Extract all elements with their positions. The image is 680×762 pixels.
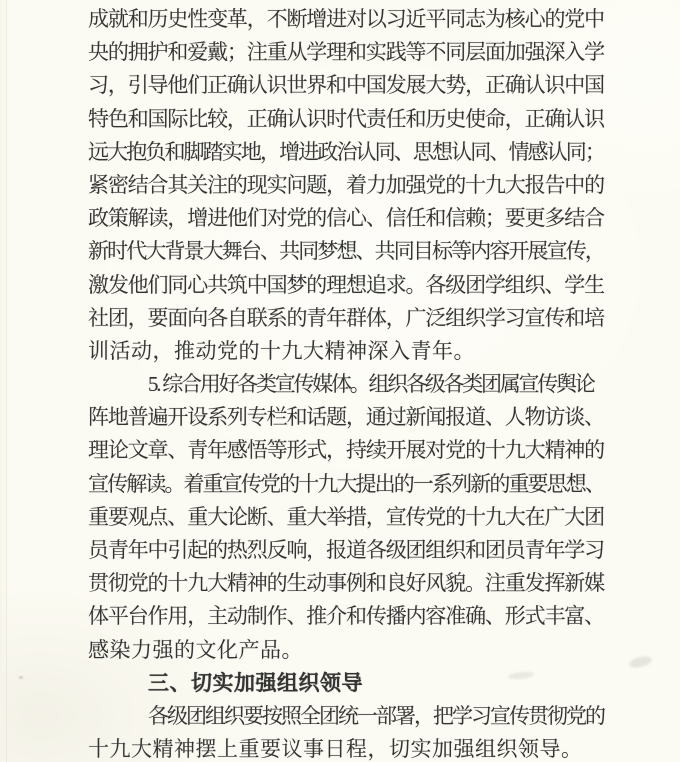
text-line: 重要观点、重大论断、重大举措，宣传党的十九大在广大团	[88, 501, 604, 534]
text-line: 新时代大背景大舞台、共同梦想、共同目标等内容开展宣传，	[88, 235, 604, 268]
text-line: 紧密结合其关注的现实问题，着力加强党的十九大报告中的	[88, 169, 604, 202]
text-line: 远大抱负和脚踏实地，增进政治认同、思想认同、情感认同；	[88, 136, 604, 169]
scan-left-edge	[0, 0, 7, 762]
paragraph-start-line: 各级团组织要按照全团统一部署，把学习宣传贯彻党的	[88, 700, 604, 733]
document-text-block: 成就和历史性变革，不断增进对以习近平同志为核心的党中 央的拥护和爱戴；注重从学理…	[88, 3, 604, 762]
text-line: 训活动，推动党的十九大精神深入青年。	[88, 335, 604, 368]
text-line: 员青年中引起的热烈反响，报道各级团组织和团员青年学习	[88, 534, 604, 567]
text-line: 激发他们同心共筑中国梦的理想追求。各级团学组织、学生	[88, 269, 604, 302]
document-page: 成就和历史性变革，不断增进对以习近平同志为核心的党中 央的拥护和爱戴；注重从学理…	[0, 0, 680, 762]
text-line: 央的拥护和爱戴；注重从学理和实践等不同层面加强深入学	[88, 36, 604, 69]
text-line: 理论文章、青年感悟等形式，持续开展对党的十九大精神的	[88, 434, 604, 467]
paragraph-start-line: 5. 综合用好各类宣传媒体。组织各级各类团属宣传舆论	[88, 368, 604, 401]
text-line: 成就和历史性变革，不断增进对以习近平同志为核心的党中	[88, 3, 604, 36]
text-line: 体平台作用，主动制作、推介和传播内容准确、形式丰富、	[88, 600, 604, 633]
scan-speck	[19, 676, 23, 679]
text-line: 宣传解读。着重宣传党的十九大提出的一系列新的重要思想、	[88, 468, 604, 501]
text-line: 政策解读，增进他们对党的信心、信任和信赖；要更多结合	[88, 202, 604, 235]
text-line: 感染力强的文化产品。	[88, 634, 604, 667]
text-line: 阵地普遍开设系列专栏和话题，通过新闻报道、人物访谈、	[88, 401, 604, 434]
text-line: 十九大精神摆上重要议事日程，切实加强组织领导。	[88, 733, 604, 762]
text-line: 贯彻党的十九大精神的生动事例和良好风貌。注重发挥新媒	[88, 567, 604, 600]
text-line: 习，引导他们正确认识世界和中国发展大势，正确认识中国	[88, 69, 604, 102]
text-line: 社团，要面向各自联系的青年群体，广泛组织学习宣传和培	[88, 302, 604, 335]
scan-smudge	[628, 654, 653, 669]
text-line: 特色和国际比较，正确认识时代责任和历史使命，正确认识	[88, 103, 604, 136]
